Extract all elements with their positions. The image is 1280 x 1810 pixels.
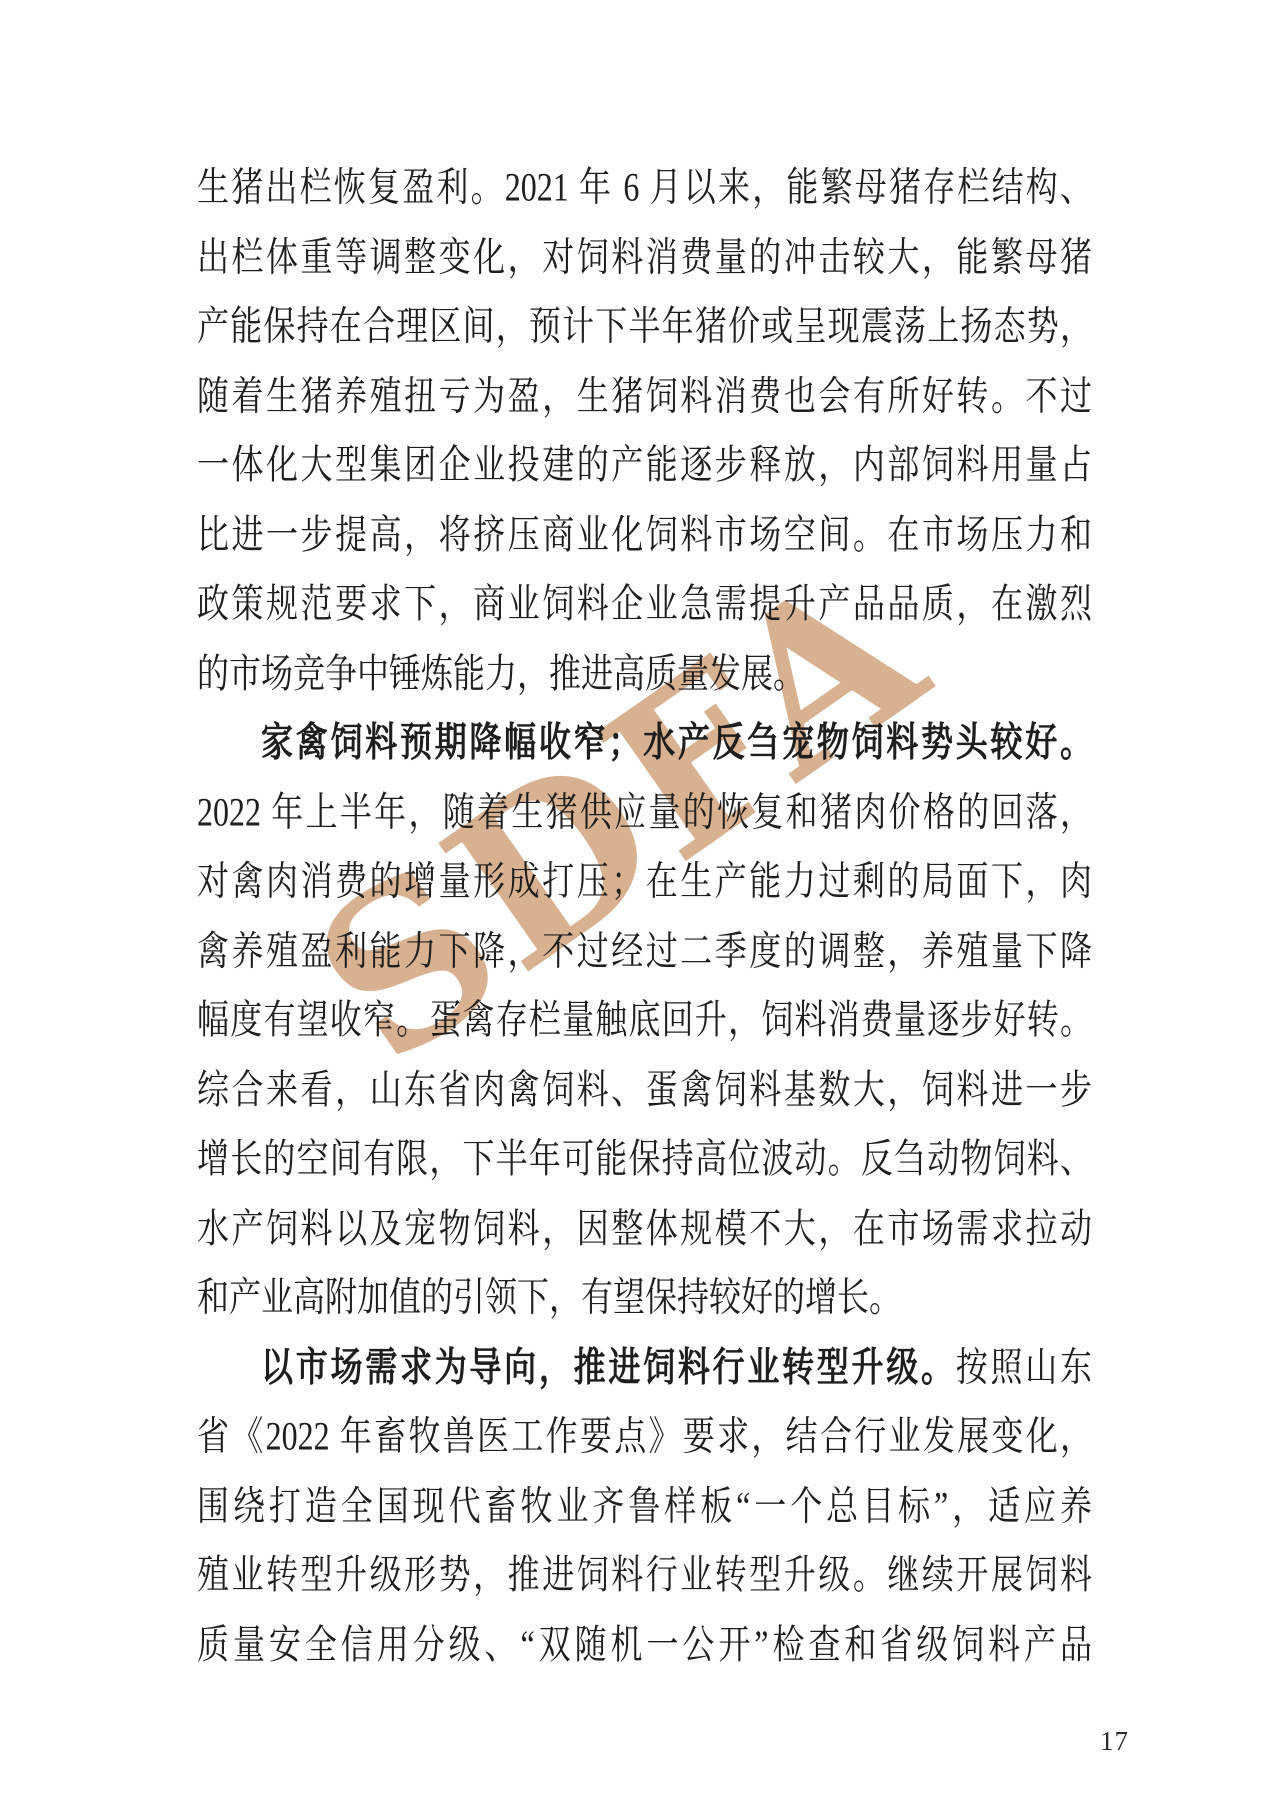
- text-line: 水产饲料以及宠物饲料，因整体规模不大，在市场需求拉动: [197, 1194, 1092, 1263]
- text-line: 质量安全信用分级、“双随机一公开”检查和省级饲料产品: [197, 1610, 1092, 1679]
- text-line: 的市场竞争中锤炼能力，推进高质量发展。: [197, 639, 1092, 708]
- text-line: 幅度有望收窄。蛋禽存栏量触底回升，饲料消费量逐步好转。: [197, 986, 1092, 1055]
- text-line: 家禽饲料预期降幅收窄；水产反刍宠物饲料势头较好。: [197, 708, 1092, 777]
- text-line: 综合来看，山东省肉禽饲料、蛋禽饲料基数大，饲料进一步: [197, 1055, 1092, 1124]
- text-line: 比进一步提高，将挤压商业化饲料市场空间。在市场压力和: [197, 500, 1092, 569]
- text-line: 殖业转型升级形势，推进饲料行业转型升级。继续开展饲料: [197, 1541, 1092, 1610]
- text-line: 出栏体重等调整变化，对饲料消费量的冲击较大，能繁母猪: [197, 222, 1092, 291]
- page-text: 生猪出栏恢复盈利。2021 年 6 月以来，能繁母猪存栏结构、 出栏体重等调整变…: [197, 153, 1092, 1679]
- text-line: 政策规范要求下，商业饲料企业急需提升产品品质，在激烈: [197, 569, 1092, 638]
- text-line: 以市场需求为导向，推进饲料行业转型升级。按照山东: [197, 1332, 1092, 1401]
- text-line: 禽养殖盈利能力下降，不过经过二季度的调整，养殖量下降: [197, 916, 1092, 985]
- text-line: 对禽肉消费的增量形成打压；在生产能力过剩的局面下，肉: [197, 847, 1092, 916]
- section-heading: 家禽饲料预期降幅收窄；水产反刍宠物饲料势头较好。: [261, 719, 1092, 764]
- text-line: 一体化大型集团企业投建的产能逐步释放，内部饲料用量占: [197, 431, 1092, 500]
- text-line: 省《2022 年畜牧兽医工作要点》要求，结合行业发展变化，: [197, 1402, 1092, 1471]
- text-line: 随着生猪养殖扭亏为盈，生猪饲料消费也会有所好转。不过: [197, 361, 1092, 430]
- text-line: 增长的空间有限，下半年可能保持高位波动。反刍动物饲料、: [197, 1124, 1092, 1193]
- text-line: 和产业高附加值的引领下，有望保持较好的增长。: [197, 1263, 1092, 1332]
- page-number: 17: [1100, 1726, 1129, 1757]
- text-line: 2022 年上半年，随着生猪供应量的恢复和猪肉价格的回落，: [197, 777, 1092, 846]
- document-page: SDFA 生猪出栏恢复盈利。2021 年 6 月以来，能繁母猪存栏结构、 出栏体…: [0, 0, 1280, 1810]
- heading-tail-text: 按照山东: [956, 1344, 1092, 1389]
- text-line: 围绕打造全国现代畜牧业齐鲁样板“一个总目标”，适应养: [197, 1471, 1092, 1540]
- section-heading: 以市场需求为导向，推进饲料行业转型升级。: [261, 1344, 956, 1389]
- text-line: 产能保持在合理区间，预计下半年猪价或呈现震荡上扬态势，: [197, 292, 1092, 361]
- text-line: 生猪出栏恢复盈利。2021 年 6 月以来，能繁母猪存栏结构、: [197, 153, 1092, 222]
